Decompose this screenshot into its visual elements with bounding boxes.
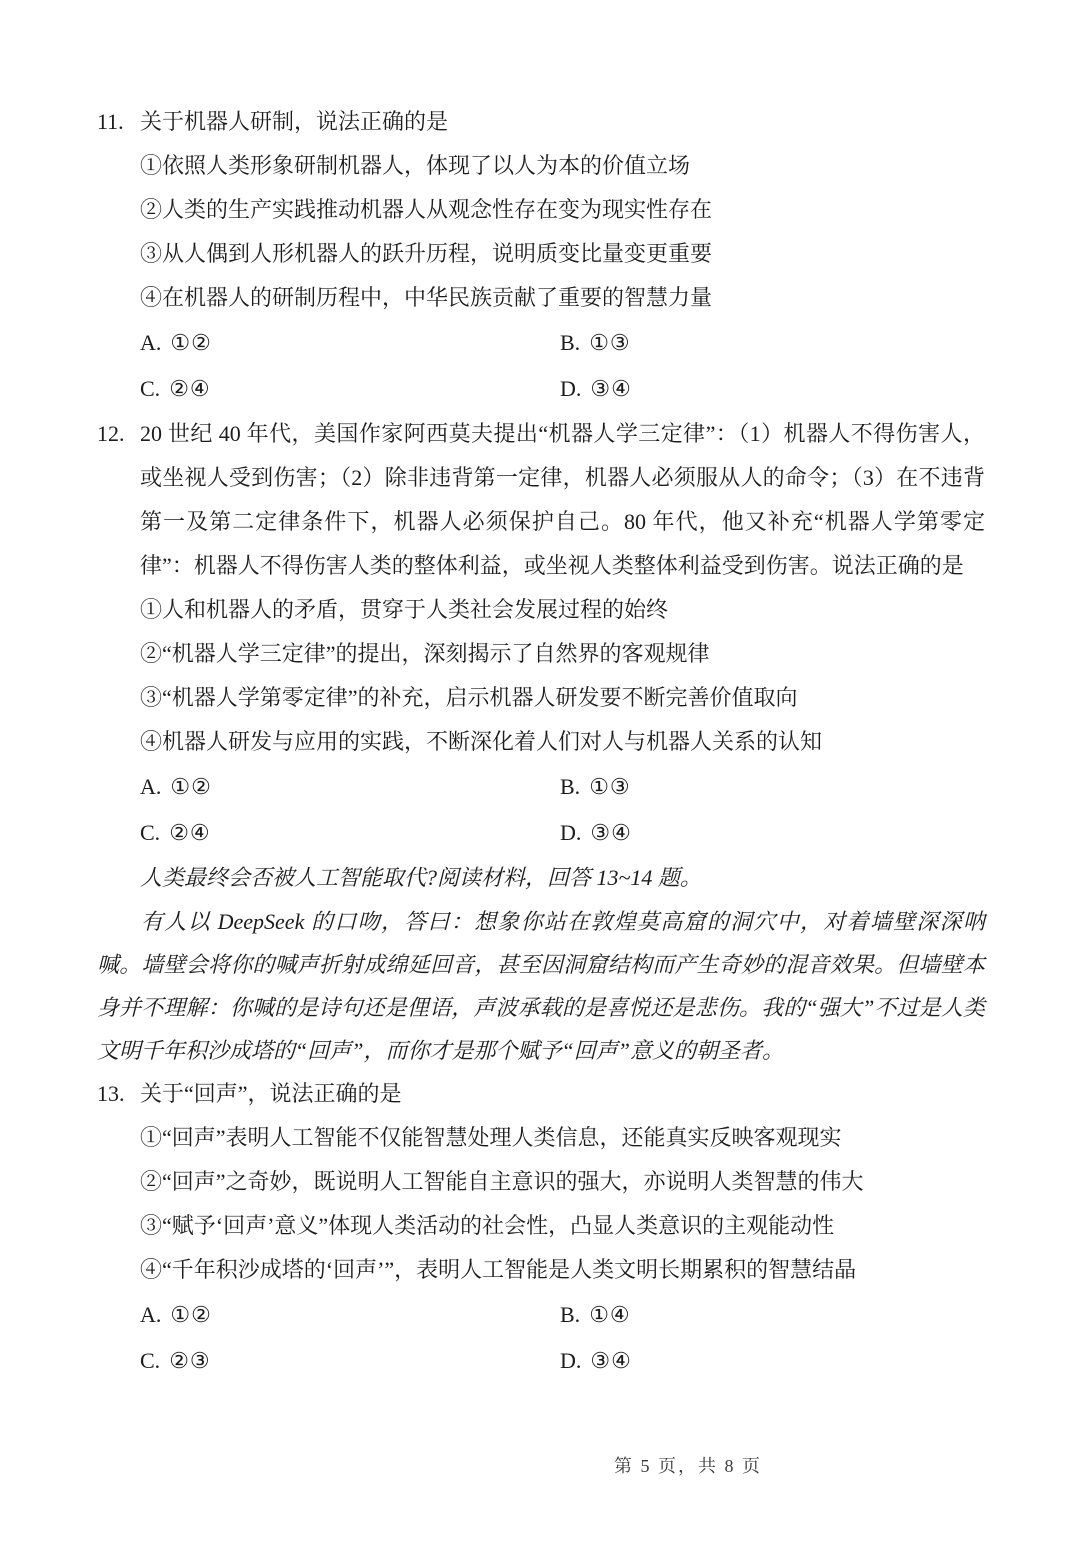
option-a: A.①② [140,764,560,810]
options-grid: A.①② B.①③ C.②④ D.③④ [140,320,985,412]
statement: ②人类的生产实践推动机器人从观念性存在变为现实性存在 [140,188,985,232]
option-value: ①② [170,330,211,355]
statement: ④在机器人的研制历程中，中华民族贡献了重要的智慧力量 [140,276,985,320]
statement: ②“机器人学三定律”的提出，深刻揭示了自然界的客观规律 [140,632,985,676]
statement: ①人和机器人的矛盾，贯穿于人类社会发展过程的始终 [140,588,985,632]
statement: ③从人偶到人形机器人的跃升历程，说明质变比量变更重要 [140,232,985,276]
option-b: B.①③ [560,320,985,366]
statement: ①依照人类形象研制机器人，体现了以人为本的价值立场 [140,144,985,188]
option-value: ②④ [169,820,210,845]
option-label: D. [560,376,581,401]
option-value: ③④ [590,376,631,401]
question-number: 13. [97,1072,125,1116]
statement: ①“回声”表明人工智能不仅能智慧处理人类信息，还能真实反映客观现实 [140,1116,985,1160]
reading-passage: 有人以 DeepSeek 的口吻，答曰：想象你站在敦煌莫高窟的洞穴中，对着墙壁深… [97,900,985,1072]
option-value: ①② [170,1302,211,1327]
statement-list: ①依照人类形象研制机器人，体现了以人为本的价值立场 ②人类的生产实践推动机器人从… [140,144,985,320]
question-11: 11. 关于机器人研制，说法正确的是 ①依照人类形象研制机器人，体现了以人为本的… [97,100,985,412]
option-label: D. [560,1348,581,1373]
page-content: 11. 关于机器人研制，说法正确的是 ①依照人类形象研制机器人，体现了以人为本的… [97,100,985,1384]
option-value: ③④ [590,1348,631,1373]
statement: ②“回声”之奇妙，既说明人工智能自主意识的强大，亦说明人类智慧的伟大 [140,1160,985,1204]
reading-intro: 人类最终会否被人工智能取代?阅读材料，回答 13~14 题。 [140,856,985,900]
option-d: D.③④ [560,366,985,412]
option-d: D.③④ [560,1338,985,1384]
statement: ④“千年积沙成塔的‘回声’”，表明人工智能是人类文明长期累积的智慧结晶 [140,1248,985,1292]
options-grid: A.①② B.①③ C.②④ D.③④ [140,764,985,856]
option-c: C.②④ [140,366,560,412]
option-label: A. [140,330,161,355]
page-footer: 第 5 页，共 8 页 [614,1452,762,1478]
statement-list: ①“回声”表明人工智能不仅能智慧处理人类信息，还能真实反映客观现实 ②“回声”之… [140,1116,985,1292]
option-b: B.①④ [560,1292,985,1338]
option-label: C. [140,376,160,401]
question-stem: 关于机器人研制，说法正确的是 [140,100,985,144]
statement-list: ①人和机器人的矛盾，贯穿于人类社会发展过程的始终 ②“机器人学三定律”的提出，深… [140,588,985,764]
option-label: B. [560,774,580,799]
option-value: ①② [170,774,211,799]
statement: ③“赋予‘回声’意义”体现人类活动的社会性，凸显人类意识的主观能动性 [140,1204,985,1248]
option-label: C. [140,1348,160,1373]
question-12: 12. 20 世纪 40 年代，美国作家阿西莫夫提出“机器人学三定律”：（1）机… [97,412,985,856]
option-b: B.①③ [560,764,985,810]
option-label: D. [560,820,581,845]
exam-page: 11. 关于机器人研制，说法正确的是 ①依照人类形象研制机器人，体现了以人为本的… [0,0,1080,1552]
statement: ④机器人研发与应用的实践，不断深化着人们对人与机器人关系的认知 [140,720,985,764]
question-stem: 20 世纪 40 年代，美国作家阿西莫夫提出“机器人学三定律”：（1）机器人不得… [140,412,985,588]
option-label: A. [140,774,161,799]
option-value: ①④ [589,1302,630,1327]
question-13: 13. 关于“回声”，说法正确的是 ①“回声”表明人工智能不仅能智慧处理人类信息… [97,1072,985,1384]
option-label: A. [140,1302,161,1327]
question-number: 11. [97,100,124,144]
option-value: ②③ [169,1348,210,1373]
options-grid: A.①② B.①④ C.②③ D.③④ [140,1292,985,1384]
option-label: B. [560,330,580,355]
option-c: C.②③ [140,1338,560,1384]
option-label: B. [560,1302,580,1327]
question-number: 12. [97,412,125,456]
statement: ③“机器人学第零定律”的补充，启示机器人研发要不断完善价值取向 [140,676,985,720]
question-stem: 关于“回声”，说法正确的是 [140,1072,985,1116]
option-a: A.①② [140,1292,560,1338]
option-label: C. [140,820,160,845]
option-value: ①③ [589,330,630,355]
option-a: A.①② [140,320,560,366]
option-d: D.③④ [560,810,985,856]
option-value: ②④ [169,376,210,401]
option-c: C.②④ [140,810,560,856]
option-value: ①③ [589,774,630,799]
option-value: ③④ [590,820,631,845]
